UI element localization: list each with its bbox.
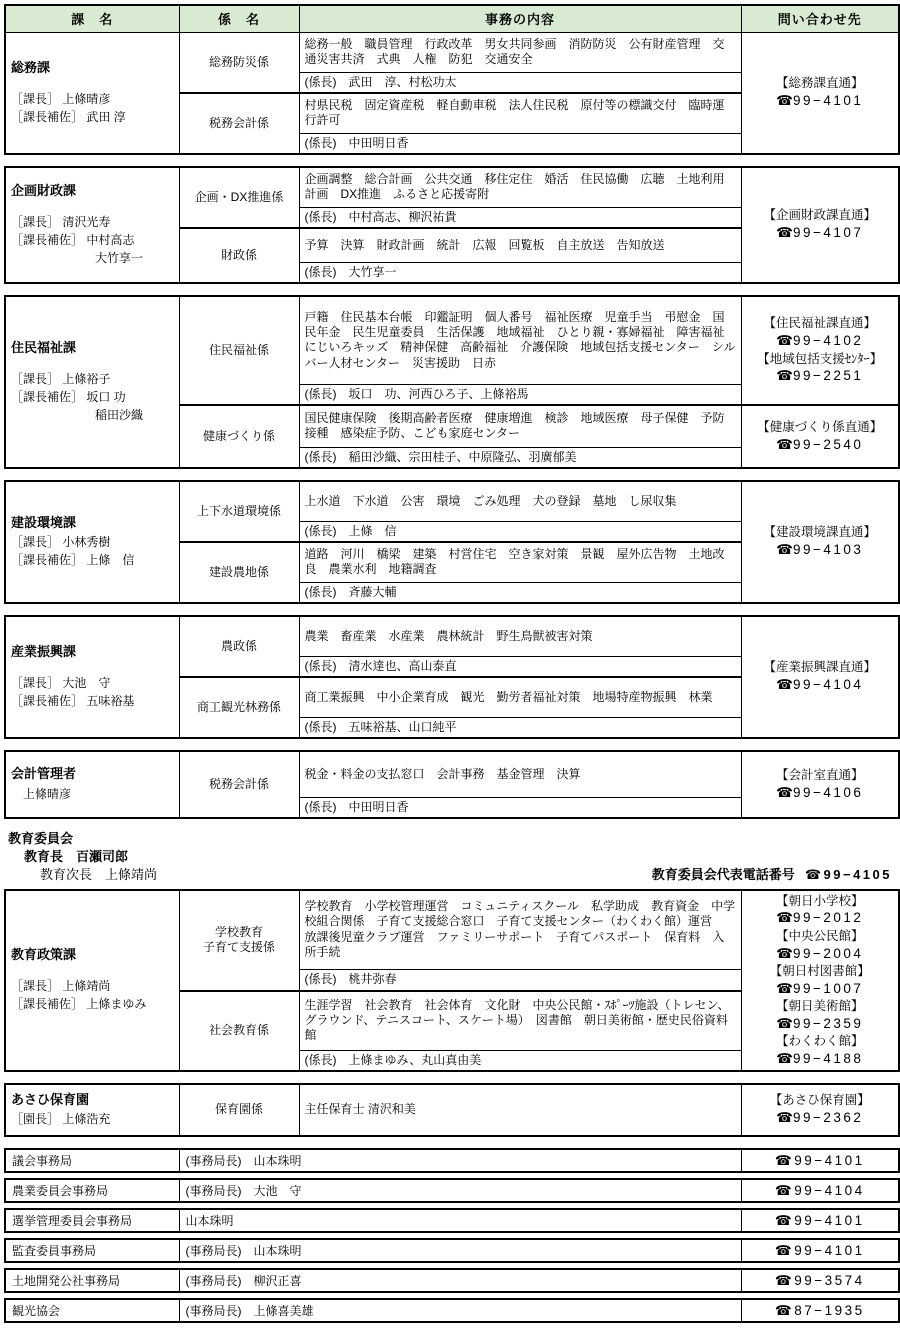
dept-cell: 教育政策課 ［課長］ 上條靖尚 ［課長補佐］ 上條まゆみ xyxy=(5,890,179,1071)
phone-icon: ☎ xyxy=(776,437,793,452)
contact-label: 【建設環境課直通】 xyxy=(747,524,894,541)
directory-table-kikaku: 企画財政課 ［課長］ 清沢光寿 ［課長補佐］ 中村高志 大竹享一 企画・DX推進… xyxy=(4,166,900,284)
contact-cell: 【産業振興課直通】 ☎99−4104 xyxy=(741,616,899,738)
phone-icon: ☎ xyxy=(776,333,793,348)
phone-number: 99−4101 xyxy=(794,1243,864,1258)
contact-cell: 【住民福祉課直通】 ☎99−4102 【地域包括支援ｾﾝﾀｰ】 ☎99−2251 xyxy=(741,296,899,405)
dept-name: 産業振興課 xyxy=(11,644,174,661)
contact-cell: 【健康づくり係直通】 ☎99−2540 xyxy=(741,405,899,468)
dept-cell: 総務課 ［課長］ 上條晴彦 ［課長補佐］ 武田 淳 xyxy=(5,32,179,154)
office-staff: (事務局長) 山本珠明 xyxy=(179,1149,741,1172)
duties-cell: 企画調整 総合計画 公共交通 移住定住 婚活 住民協働 広聴 土地利用計画 DX… xyxy=(299,167,741,207)
contact-label: 【産業振興課直通】 xyxy=(747,659,894,676)
duties-cell: 農業 畜産業 水産業 農林統計 野生鳥獣被害対策 xyxy=(299,616,741,656)
phone-icon: ☎ xyxy=(776,1110,793,1125)
phone-icon: ☎ xyxy=(775,1303,794,1318)
directory-table-kyoiku: 教育政策課 ［課長］ 上條靖尚 ［課長補佐］ 上條まゆみ 学校教育 子育て支援係… xyxy=(4,889,900,1072)
dept-officials: ［課長］ 上條晴彦 ［課長補佐］ 武田 淳 xyxy=(11,90,174,126)
phone-icon: ☎ xyxy=(776,910,793,925)
dept-name: あさひ保育園 xyxy=(11,1092,174,1109)
education-committee-header: 教育委員会 教育長 百瀬司郎 教育次長 上條靖尚 教育委員会代表電話番号☎99−… xyxy=(8,830,898,885)
contact-label: 【総務課直通】 xyxy=(747,75,894,92)
duties-cell: 生涯学習 社会教育 社会体育 文化財 中央公民館・ｽﾎﾟｰﾂ施設（トレセン、グラ… xyxy=(299,991,741,1050)
directory-table-kaikei: 会計管理者 上條晴彦 税務会計係 税金・料金の支払窓口 会計事務 基金管理 決算… xyxy=(4,750,900,819)
dept-cell: あさひ保育園 ［園長］ 上條浩充 xyxy=(5,1084,179,1136)
phone-icon: ☎ xyxy=(775,1243,794,1258)
chief-cell: (係長) 大竹享一 xyxy=(299,262,741,283)
chief-cell: (係長) 上條まゆみ、丸山真由美 xyxy=(299,1050,741,1071)
contact-label: 【会計室直通】 xyxy=(747,767,894,784)
chief-cell: (係長) 武田 淳、村松功太 xyxy=(299,72,741,93)
section-name-cell: 総務防災係 xyxy=(179,32,299,93)
phone-number: 99−2251 xyxy=(793,368,863,383)
office-row: 観光協会 (事務局長) 上條喜美雄 ☎87−1935 xyxy=(4,1298,900,1323)
dept-officials: ［課長］ 小林秀樹 ［課長補佐］ 上條 信 xyxy=(11,533,174,569)
section-name-cell: 学校教育 子育て支援係 xyxy=(179,890,299,991)
dept-name: 企画財政課 xyxy=(11,183,174,200)
duties-cell: 商工業振興 中小企業育成 観光 勤労者福祉対策 地場特産物振興 林業 xyxy=(299,677,741,717)
contact-label: 【企画財政課直通】 xyxy=(747,207,894,224)
office-staff: 山本珠明 xyxy=(179,1209,741,1232)
directory-table-jumin: 住民福祉課 ［課長］ 上條裕子 ［課長補佐］ 坂口 功 稲田沙織 住民福祉係 戸… xyxy=(4,295,900,469)
phone-number: 99−4104 xyxy=(794,1183,864,1198)
section-name-cell: 財政係 xyxy=(179,228,299,283)
duties-cell: 戸籍 住民基本台帳 印鑑証明 個人番号 福祉医療 児童手当 弔慰金 国民年金 民… xyxy=(299,296,741,384)
phone-icon: ☎ xyxy=(775,1153,794,1168)
section-name-cell: 社会教育係 xyxy=(179,991,299,1071)
chief-cell: (係長) 中田明日香 xyxy=(299,797,741,818)
phone-number: 99−3574 xyxy=(794,1273,864,1288)
chief-cell: (係長) 中田明日香 xyxy=(299,133,741,154)
dept-name: 会計管理者 xyxy=(11,766,174,783)
dept-name: 建設環境課 xyxy=(11,515,174,532)
contact-label: 【地域包括支援ｾﾝﾀｰ】 xyxy=(747,351,894,368)
office-row: 選挙管理委員会事務局 山本珠明 ☎99−4101 xyxy=(4,1208,900,1233)
office-staff: (事務局長) 上條喜美雄 xyxy=(179,1299,741,1322)
office-row: 監査委員事務局 (事務局長) 山本珠明 ☎99−4101 xyxy=(4,1238,900,1263)
contact-label: 【朝日村図書館】 xyxy=(747,963,894,980)
section-name-cell: 住民福祉係 xyxy=(179,296,299,405)
dept-cell: 企画財政課 ［課長］ 清沢光寿 ［課長補佐］ 中村高志 大竹享一 xyxy=(5,167,179,283)
chief-cell: (係長) 稲田沙織、宗田桂子、中原隆弘、羽廣郁美 xyxy=(299,447,741,468)
phone-number: 99−2540 xyxy=(793,437,863,452)
header-dept: 課 名 xyxy=(5,5,179,32)
duties-cell: 学校教育 小学校管理運営 コミュニティスクール 私学助成 教育資金 中学校組合関… xyxy=(299,890,741,970)
duties-cell: 予算 決算 財政計画 統計 広報 回覧板 自主放送 告知放送 xyxy=(299,228,741,262)
phone-number: 99−4106 xyxy=(793,785,863,800)
dept-name: 住民福祉課 xyxy=(11,340,174,357)
section-name-cell: 農政係 xyxy=(179,616,299,677)
contact-label: 【あさひ保育園】 xyxy=(747,1092,894,1109)
section-name-cell: 保育園係 xyxy=(179,1084,299,1136)
phone-number: 99−4107 xyxy=(793,225,863,240)
chief-cell: (係長) 桃井弥春 xyxy=(299,970,741,991)
phone-icon: ☎ xyxy=(776,225,793,240)
chief-cell: (係長) 坂口 功、河西ひろ子、上條裕馬 xyxy=(299,384,741,405)
education-rep-phone-line: 教育委員会代表電話番号☎99−4105 xyxy=(652,866,898,884)
directory-table-kensetsu: 建設環境課 ［課長］ 小林秀樹 ［課長補佐］ 上條 信 上下水道環境係 上水道 … xyxy=(4,480,900,604)
chief-cell: (係長) 五味裕基、山口純平 xyxy=(299,717,741,738)
section-name-cell: 商工観光林務係 xyxy=(179,677,299,738)
directory-table-soumu: 課 名 係 名 事務の内容 問い合わせ先 総務課 ［課長］ 上條晴彦 ［課長補佐… xyxy=(4,4,900,155)
chief-cell: (係長) 斉藤大輔 xyxy=(299,582,741,603)
phone-icon: ☎ xyxy=(776,93,793,108)
contact-label: 【中央公民館】 xyxy=(747,928,894,945)
office-name: 観光協会 xyxy=(5,1299,179,1322)
contact-cell: 【建設環境課直通】 ☎99−4103 xyxy=(741,481,899,603)
phone-icon: ☎ xyxy=(776,542,793,557)
phone-number: 99−2012 xyxy=(793,910,863,925)
duties-cell: 上水道 下水道 公害 環境 ごみ処理 犬の登録 墓地 し尿収集 xyxy=(299,481,741,521)
phone-icon: ☎ xyxy=(776,677,793,692)
education-committee-title: 教育委員会 xyxy=(8,830,898,848)
phone-number: 99−2359 xyxy=(793,1016,863,1031)
office-name: 監査委員事務局 xyxy=(5,1239,179,1262)
contact-label: 【健康づくり係直通】 xyxy=(747,419,894,436)
office-name: 農業委員会事務局 xyxy=(5,1179,179,1202)
dept-officials: ［課長］ 清沢光寿 ［課長補佐］ 中村高志 大竹享一 xyxy=(11,213,174,267)
duties-cell: 国民健康保険 後期高齢者医療 健康増進 検診 地域医療 母子保健 予防接種 感染… xyxy=(299,405,741,447)
directory-table-sangyo: 産業振興課 ［課長］ 大池 守 ［課長補佐］ 五味裕基 農政係 農業 畜産業 水… xyxy=(4,615,900,739)
office-name: 土地開発公社事務局 xyxy=(5,1269,179,1292)
duties-cell: 主任保育士 清沢和美 xyxy=(299,1084,741,1136)
office-staff: (事務局長) 柳沢正喜 xyxy=(179,1269,741,1292)
office-row: 土地開発公社事務局 (事務局長) 柳沢正喜 ☎99−3574 xyxy=(4,1268,900,1293)
directory-table-hoikuen: あさひ保育園 ［園長］ 上條浩充 保育園係 主任保育士 清沢和美 【あさひ保育園… xyxy=(4,1083,900,1137)
dept-officials: 上條晴彦 xyxy=(11,785,174,803)
contact-cell: 【会計室直通】 ☎99−4106 xyxy=(741,751,899,818)
contact-label: 【わくわく館】 xyxy=(747,1033,894,1050)
phone-number: 99−4101 xyxy=(794,1213,864,1228)
contact-label: 【住民福祉課直通】 xyxy=(747,315,894,332)
duties-cell: 村県民税 固定資産税 軽自動車税 法人住民税 原付等の標識交付 臨時運行許可 xyxy=(299,93,741,133)
phone-icon: ☎ xyxy=(776,946,793,961)
phone-number: 99−1007 xyxy=(793,981,863,996)
contact-cell: 【朝日小学校】 ☎99−2012 【中央公民館】 ☎99−2004 【朝日村図書… xyxy=(741,890,899,1071)
dept-cell: 会計管理者 上條晴彦 xyxy=(5,751,179,818)
contact-cell: 【企画財政課直通】 ☎99−4107 xyxy=(741,167,899,283)
dept-name: 総務課 xyxy=(11,60,174,77)
duties-cell: 税金・料金の支払窓口 会計事務 基金管理 決算 xyxy=(299,751,741,797)
education-deputy: 教育次長 上條靖尚 xyxy=(40,866,157,884)
dept-officials: ［園長］ 上條浩充 xyxy=(11,1110,174,1128)
dept-name: 教育政策課 xyxy=(11,947,174,964)
dept-cell: 住民福祉課 ［課長］ 上條裕子 ［課長補佐］ 坂口 功 稲田沙織 xyxy=(5,296,179,468)
section-name-cell: 企画・DX推進係 xyxy=(179,167,299,228)
education-rep-phone-label: 教育委員会代表電話番号 xyxy=(652,867,795,882)
section-name-cell: 税務会計係 xyxy=(179,751,299,818)
contact-label: 【朝日美術館】 xyxy=(747,998,894,1015)
office-row: 農業委員会事務局 (事務局長) 大池 守 ☎99−4104 xyxy=(4,1178,900,1203)
office-name: 選挙管理委員会事務局 xyxy=(5,1209,179,1232)
contact-cell: 【総務課直通】 ☎99−4101 xyxy=(741,32,899,154)
office-staff: (事務局長) 大池 守 xyxy=(179,1179,741,1202)
office-row: 議会事務局 (事務局長) 山本珠明 ☎99−4101 xyxy=(4,1148,900,1173)
phone-icon: ☎ xyxy=(775,1213,794,1228)
phone-number: 99−4188 xyxy=(793,1051,863,1066)
header-contact: 問い合わせ先 xyxy=(741,5,899,32)
phone-icon: ☎ xyxy=(805,867,824,882)
section-name-cell: 建設農地係 xyxy=(179,542,299,603)
education-superintendent: 教育長 百瀬司郎 xyxy=(8,848,898,866)
phone-number: 99−4102 xyxy=(793,333,863,348)
phone-number: 99−4101 xyxy=(793,93,863,108)
section-name-cell: 上下水道環境係 xyxy=(179,481,299,542)
dept-cell: 建設環境課 ［課長］ 小林秀樹 ［課長補佐］ 上條 信 xyxy=(5,481,179,603)
duties-cell: 総務一般 職員管理 行政改革 男女共同参画 消防防災 公有財産管理 交通災害共済… xyxy=(299,32,741,72)
phone-icon: ☎ xyxy=(776,981,793,996)
contact-label: 【朝日小学校】 xyxy=(747,893,894,910)
dept-officials: ［課長］ 上條靖尚 ［課長補佐］ 上條まゆみ xyxy=(11,977,174,1013)
dept-cell: 産業振興課 ［課長］ 大池 守 ［課長補佐］ 五味裕基 xyxy=(5,616,179,738)
chief-cell: (係長) 清水達也、高山泰直 xyxy=(299,656,741,677)
phone-icon: ☎ xyxy=(776,368,793,383)
phone-number: 99−4105 xyxy=(824,867,892,882)
phone-number: 99−2004 xyxy=(793,946,863,961)
phone-number: 99−4101 xyxy=(794,1153,864,1168)
phone-number: 99−4103 xyxy=(793,542,863,557)
header-duties: 事務の内容 xyxy=(299,5,741,32)
dept-officials: ［課長］ 大池 守 ［課長補佐］ 五味裕基 xyxy=(11,674,174,710)
section-name-cell: 税務会計係 xyxy=(179,93,299,154)
header-section: 係 名 xyxy=(179,5,299,32)
chief-cell: (係長) 上條 信 xyxy=(299,521,741,542)
chief-cell: (係長) 中村高志、柳沢祐貴 xyxy=(299,207,741,228)
office-name: 議会事務局 xyxy=(5,1149,179,1172)
phone-number: 99−2362 xyxy=(793,1110,863,1125)
office-staff: (事務局長) 山本珠明 xyxy=(179,1239,741,1262)
contact-cell: 【あさひ保育園】 ☎99−2362 xyxy=(741,1084,899,1136)
phone-icon: ☎ xyxy=(776,1016,793,1031)
phone-number: 87−1935 xyxy=(794,1303,864,1318)
phone-icon: ☎ xyxy=(775,1183,794,1198)
phone-number: 99−4104 xyxy=(793,677,863,692)
phone-icon: ☎ xyxy=(776,785,793,800)
phone-icon: ☎ xyxy=(776,1051,793,1066)
section-name-cell: 健康づくり係 xyxy=(179,405,299,468)
duties-cell: 道路 河川 橋梁 建築 村営住宅 空き家対策 景観 屋外広告物 土地改良 農業水… xyxy=(299,542,741,582)
dept-officials: ［課長］ 上條裕子 ［課長補佐］ 坂口 功 稲田沙織 xyxy=(11,370,174,424)
table-header-row: 課 名 係 名 事務の内容 問い合わせ先 xyxy=(5,5,899,32)
phone-icon: ☎ xyxy=(775,1273,794,1288)
